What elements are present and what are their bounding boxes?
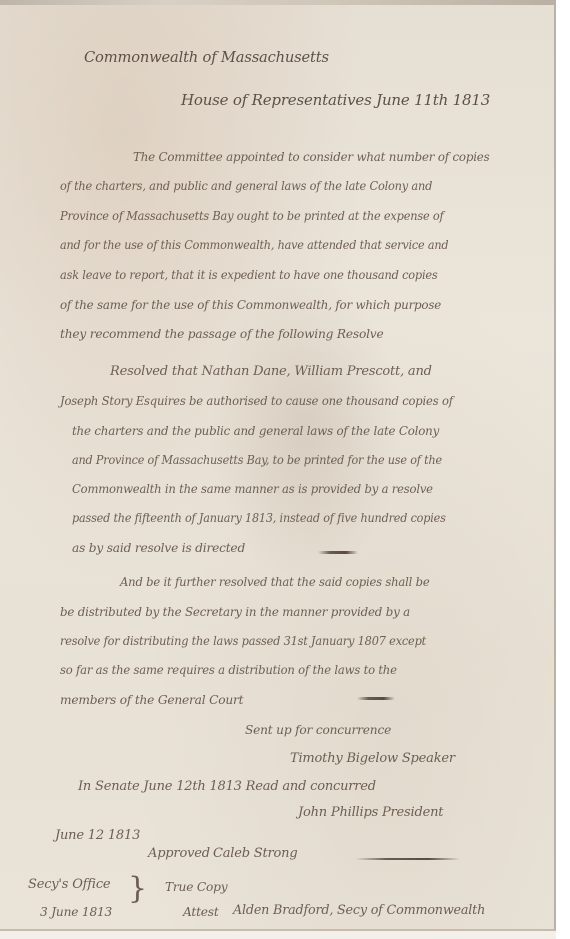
report-line-3: Province of Massachusetts Bay ought to b… [60, 209, 444, 223]
true-copy-label: True Copy [165, 880, 227, 894]
pen-flourish [318, 551, 358, 554]
resolve-line-2: Joseph Story Esquires be authorised to c… [60, 394, 453, 408]
senate-note: In Senate June 12th 1813 Read and concur… [78, 779, 376, 794]
scan-bottom-edge [0, 931, 556, 939]
pen-flourish [357, 697, 395, 700]
approval-note: Approved [148, 846, 210, 861]
resolve-line-1: Resolved that Nathan Dane, William Presc… [110, 364, 432, 379]
president-signature: John Phillips President [298, 805, 443, 820]
report-line-7: they recommend the passage of the follow… [60, 327, 384, 341]
further-line-1: And be it further resolved that the said… [120, 575, 430, 589]
governor-signature: Caleb Strong [213, 846, 297, 861]
further-line-3: resolve for distributing the laws passed… [60, 634, 426, 648]
approval-date: June 12 1813 [55, 828, 140, 843]
report-line-6: of the same for the use of this Commonwe… [60, 298, 441, 312]
report-line-2: of the charters, and public and general … [60, 179, 432, 193]
resolve-line-5: Commonwealth in the same manner as is pr… [72, 482, 433, 496]
speaker-signature: Timothy Bigelow Speaker [290, 751, 455, 766]
house-note: Sent up for concurrence [245, 723, 391, 737]
manuscript-page: Commonwealth of Massachusetts House of R… [0, 5, 556, 931]
further-line-4: so far as the same requires a distributi… [60, 663, 397, 677]
resolve-line-4: and Province of Massachusetts Bay, to be… [72, 453, 442, 467]
bracket: } [128, 874, 147, 904]
secretary-office-label: Secy's Office [28, 877, 110, 892]
further-line-2: be distributed by the Secretary in the m… [60, 605, 410, 619]
pen-flourish [355, 858, 460, 860]
report-line-5: ask leave to report, that it is expedien… [60, 268, 438, 282]
secretary-office-date: 3 June 1813 [40, 905, 112, 919]
further-line-5: members of the General Court [60, 693, 243, 707]
resolve-line-6: passed the fifteenth of January 1813, in… [72, 511, 446, 525]
report-line-4: and for the use of this Commonwealth, ha… [60, 238, 448, 252]
attest-label: Attest [183, 905, 219, 919]
heading-chamber-date: House of Representatives June 11th 1813 [181, 91, 490, 109]
resolve-line-7: as by said resolve is directed [72, 541, 245, 555]
secretary-signature: Alden Bradford, Secy of Commonwealth [233, 903, 485, 918]
report-line-1: The Committee appointed to consider what… [133, 150, 521, 164]
resolve-line-3: the charters and the public and general … [72, 424, 439, 438]
heading-state: Commonwealth of Massachusetts [84, 48, 329, 66]
